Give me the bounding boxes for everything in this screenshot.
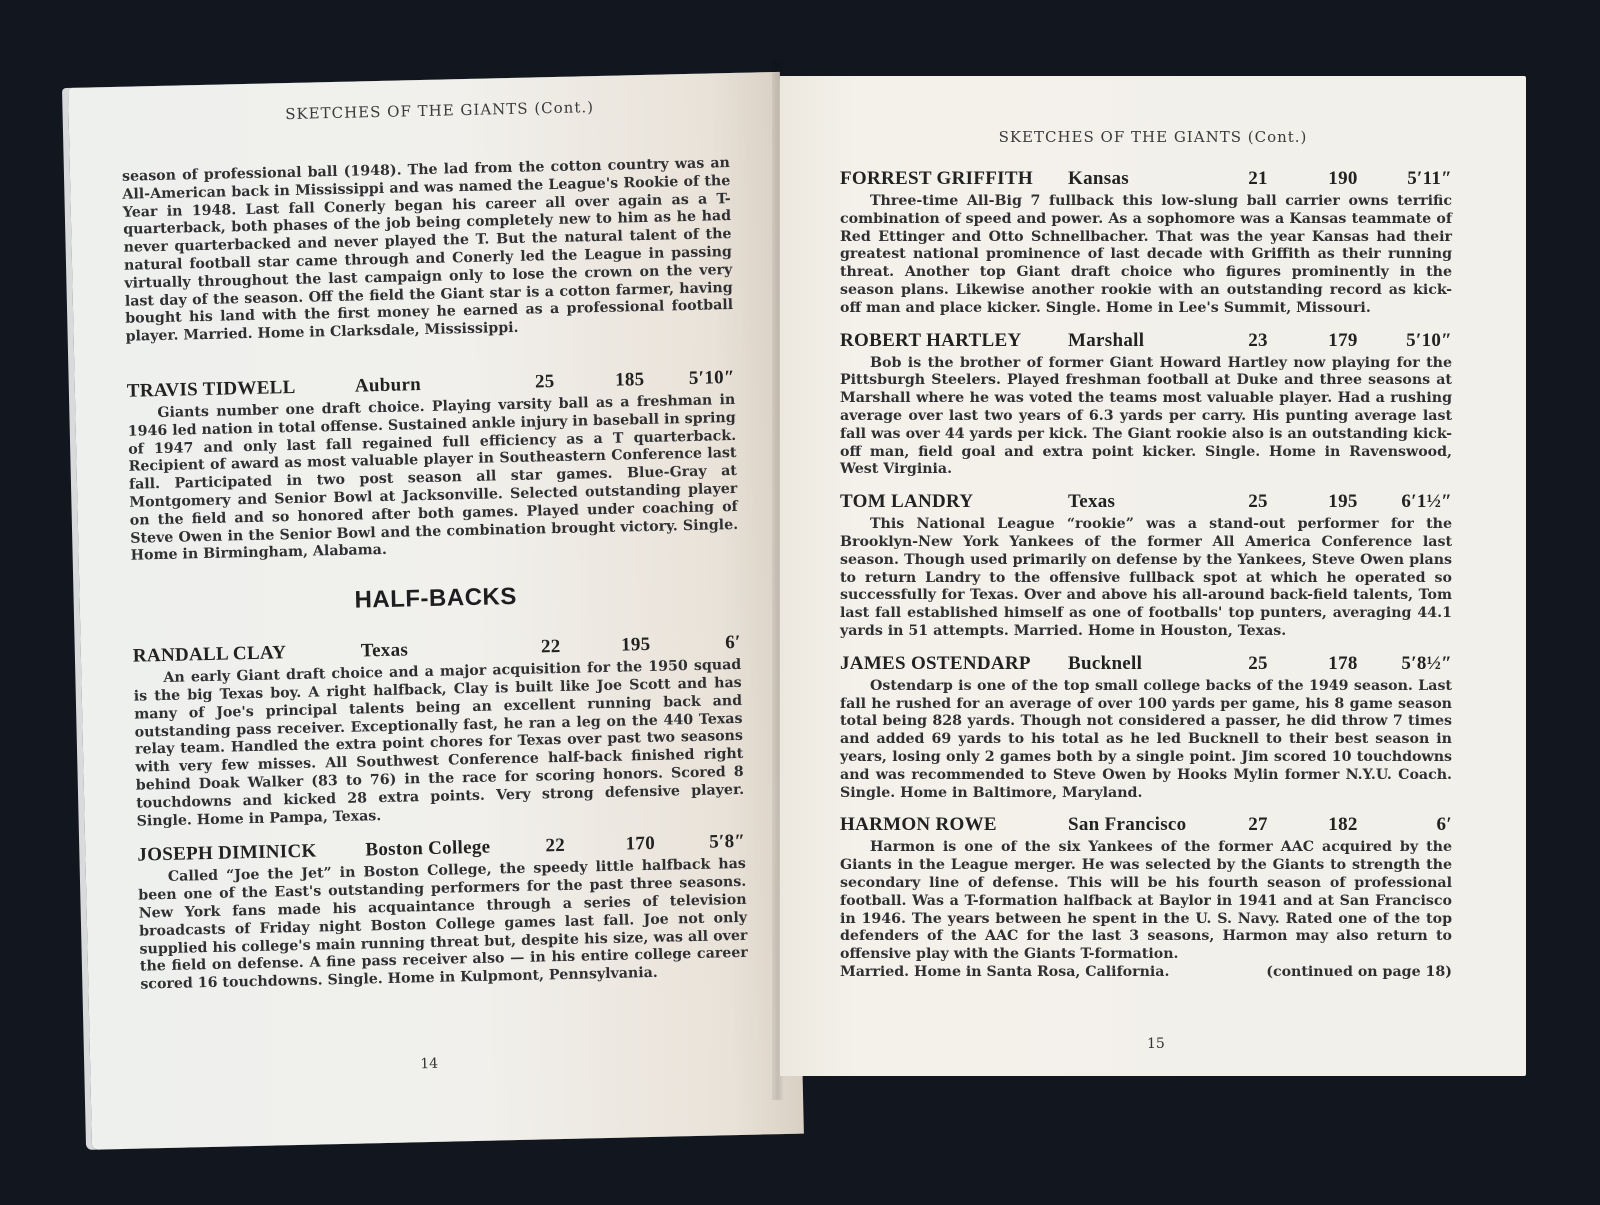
player-weight: 185 bbox=[585, 368, 675, 392]
player-college: Boston College bbox=[365, 836, 515, 861]
bio-final-line: Married. Home in Santa Rosa, California.… bbox=[840, 964, 1452, 982]
player-college: Texas bbox=[1068, 491, 1218, 513]
player-header: ROBERT HARTLEY Marshall 23 179 5′10″ bbox=[840, 330, 1452, 352]
page-number: 14 bbox=[420, 1056, 438, 1072]
player-entry-hartley: ROBERT HARTLEY Marshall 23 179 5′10″ Bob… bbox=[840, 330, 1452, 480]
right-page: SKETCHES OF THE GIANTS (Cont.) FORREST G… bbox=[780, 76, 1526, 1076]
player-height: 6′ bbox=[1388, 814, 1452, 836]
player-name: TOM LANDRY bbox=[840, 491, 1068, 513]
player-weight: 178 bbox=[1298, 653, 1388, 675]
right-page-content: FORREST GRIFFITH Kansas 21 190 5′11″ Thr… bbox=[840, 168, 1452, 994]
player-weight: 195 bbox=[591, 633, 681, 657]
player-header: FORREST GRIFFITH Kansas 21 190 5′11″ bbox=[840, 168, 1452, 190]
player-entry-rowe: HARMON ROWE San Francisco 27 182 6′ Harm… bbox=[840, 814, 1452, 981]
player-weight: 195 bbox=[1298, 491, 1388, 513]
player-name: JAMES OSTENDARP bbox=[840, 653, 1068, 675]
player-age: 27 bbox=[1218, 814, 1298, 836]
player-name: FORREST GRIFFITH bbox=[840, 168, 1068, 190]
player-header: JAMES OSTENDARP Bucknell 25 178 5′8½″ bbox=[840, 653, 1452, 675]
player-college: Kansas bbox=[1068, 168, 1218, 190]
player-height: 5′11″ bbox=[1388, 168, 1452, 190]
player-weight: 179 bbox=[1298, 330, 1388, 352]
player-age: 25 bbox=[505, 370, 585, 394]
running-head: SKETCHES OF THE GIANTS (Cont.) bbox=[68, 72, 781, 128]
continued-paragraph: season of professional ball (1948). The … bbox=[122, 155, 734, 347]
player-height: 5′8½″ bbox=[1388, 653, 1452, 675]
player-bio-last-line: Married. Home in Santa Rosa, California. bbox=[840, 964, 1169, 982]
player-height: 6′1½″ bbox=[1388, 491, 1452, 513]
player-college: Marshall bbox=[1068, 330, 1218, 352]
player-height: 5′8″ bbox=[685, 831, 745, 854]
player-name: HARMON ROWE bbox=[840, 814, 1068, 836]
player-name: JOSEPH DIMINICK bbox=[137, 840, 365, 867]
running-head: SKETCHES OF THE GIANTS (Cont.) bbox=[780, 76, 1526, 146]
player-entry-tidwell: TRAVIS TIDWELL Auburn 25 185 5′10″ Giant… bbox=[127, 367, 739, 566]
player-weight: 170 bbox=[595, 833, 685, 857]
player-name: ROBERT HARTLEY bbox=[840, 330, 1068, 352]
player-weight: 182 bbox=[1298, 814, 1388, 836]
left-page-content: season of professional ball (1948). The … bbox=[122, 155, 749, 1008]
left-page: SKETCHES OF THE GIANTS (Cont.) season of… bbox=[68, 72, 804, 1150]
player-name: RANDALL CLAY bbox=[133, 641, 361, 668]
player-college: Texas bbox=[361, 637, 511, 662]
page-number: 15 bbox=[1147, 1036, 1165, 1052]
player-age: 25 bbox=[1218, 491, 1298, 513]
player-bio: Harmon is one of the six Yankees of the … bbox=[840, 839, 1452, 964]
player-entry-ostendarp: JAMES OSTENDARP Bucknell 25 178 5′8½″ Os… bbox=[840, 653, 1452, 803]
player-weight: 190 bbox=[1298, 168, 1388, 190]
player-name: TRAVIS TIDWELL bbox=[127, 376, 355, 403]
player-age: 21 bbox=[1218, 168, 1298, 190]
player-header: HARMON ROWE San Francisco 27 182 6′ bbox=[840, 814, 1452, 836]
player-header: TOM LANDRY Texas 25 195 6′1½″ bbox=[840, 491, 1452, 513]
player-entry-clay: RANDALL CLAY Texas 22 195 6′ An early Gi… bbox=[133, 632, 745, 831]
player-bio: Giants number one draft choice. Playing … bbox=[127, 392, 738, 566]
player-age: 23 bbox=[1218, 330, 1298, 352]
player-college: Auburn bbox=[355, 372, 505, 397]
player-age: 22 bbox=[511, 635, 591, 659]
player-bio: This National League “rookie” was a stan… bbox=[840, 516, 1452, 641]
player-entry-griffith: FORREST GRIFFITH Kansas 21 190 5′11″ Thr… bbox=[840, 168, 1452, 318]
player-age: 25 bbox=[1218, 653, 1298, 675]
section-title: HALF-BACKS bbox=[131, 578, 739, 620]
player-entry-landry: TOM LANDRY Texas 25 195 6′1½″ This Natio… bbox=[840, 491, 1452, 641]
player-age: 22 bbox=[515, 835, 595, 859]
player-height: 5′10″ bbox=[675, 367, 735, 390]
player-height: 6′ bbox=[681, 632, 741, 655]
player-bio: Called “Joe the Jet” in Boston College, … bbox=[138, 856, 749, 994]
continued-note: (continued on page 18) bbox=[1266, 964, 1452, 982]
player-height: 5′10″ bbox=[1388, 330, 1452, 352]
player-college: San Francisco bbox=[1068, 814, 1218, 836]
player-entry-diminick: JOSEPH DIMINICK Boston College 22 170 5′… bbox=[137, 831, 748, 994]
player-bio: Bob is the brother of former Giant Howar… bbox=[840, 355, 1452, 480]
player-bio: Three-time All-Big 7 fullback this low-s… bbox=[840, 193, 1452, 318]
player-bio: An early Giant draft choice and a major … bbox=[133, 657, 744, 831]
player-bio: Ostendarp is one of the top small colleg… bbox=[840, 678, 1452, 803]
player-college: Bucknell bbox=[1068, 653, 1218, 675]
